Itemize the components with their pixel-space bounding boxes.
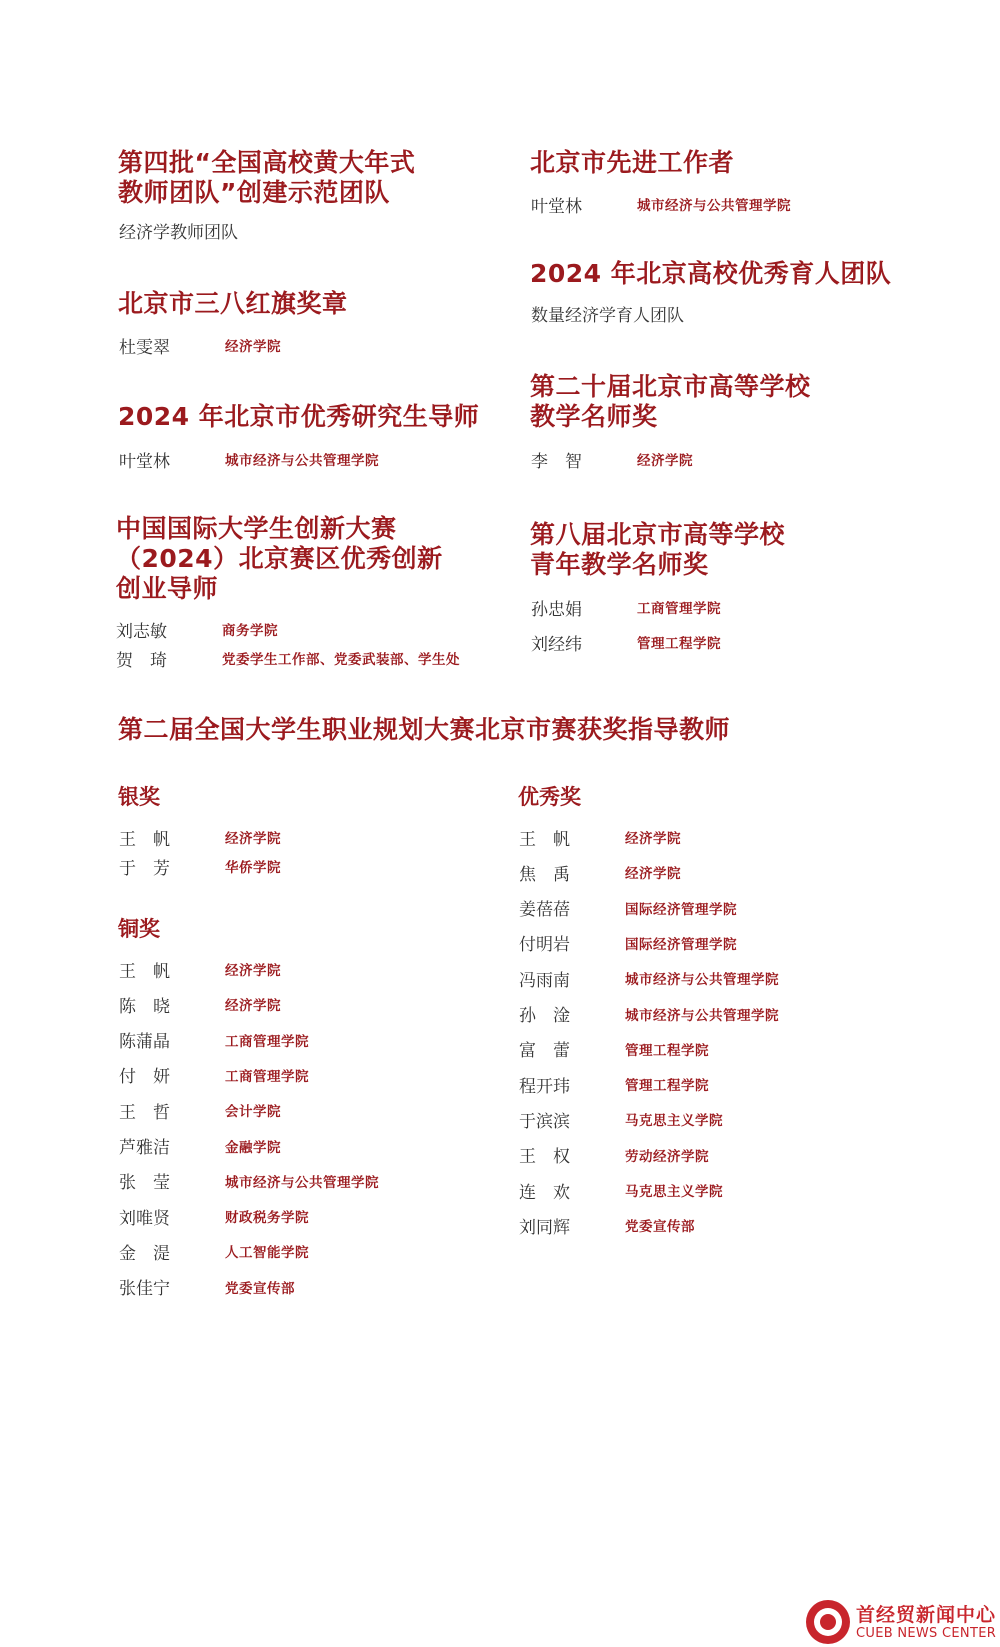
awardee-name: 王 权 <box>519 1142 625 1167</box>
awardee-unit: 国际经济管理学院 <box>625 898 737 918</box>
title-line: 北京市三八红旗奖章 <box>118 289 348 319</box>
awardee-name: 芦雅洁 <box>119 1133 225 1158</box>
awardee-row: 王 帆经济学院 <box>119 957 281 981</box>
title-line: 第四批“全国高校黄大年式 <box>118 148 415 178</box>
awardee-name: 于滨滨 <box>519 1107 625 1132</box>
award-title-graduate-supervisor: 2024 年北京市优秀研究生导师 <box>118 402 479 432</box>
awardee-row: 李 智 经济学院 <box>531 447 693 471</box>
awardee-unit: 工商管理学院 <box>225 1065 309 1085</box>
awardee-unit: 商务学院 <box>222 619 278 639</box>
team-name: 数量经济学育人团队 <box>531 305 684 327</box>
awardee-row: 富 蕾管理工程学院 <box>519 1037 709 1061</box>
awardee-unit: 经济学院 <box>225 335 281 355</box>
logo-english-text: CUEB NEWS CENTER <box>856 1626 996 1641</box>
awardee-row: 张 莹城市经济与公共管理学院 <box>119 1169 379 1193</box>
awardee-row: 王 哲会计学院 <box>119 1098 281 1122</box>
awardee-name: 刘志敏 <box>116 617 222 642</box>
awardee-row: 王 帆经济学院 <box>119 825 281 849</box>
awardee-unit: 城市经济与公共管理学院 <box>637 194 791 214</box>
awardee-unit: 马克思主义学院 <box>625 1109 723 1129</box>
awardee-unit: 会计学院 <box>225 1100 281 1120</box>
title-line: 教学名师奖 <box>530 402 811 432</box>
awardee-unit: 城市经济与公共管理学院 <box>625 968 779 988</box>
awardee-name: 张 莹 <box>119 1168 225 1193</box>
awardee-unit: 管理工程学院 <box>625 1039 709 1059</box>
awardee-row: 孙 淦城市经济与公共管理学院 <box>519 1002 779 1026</box>
awardee-row: 于 芳华侨学院 <box>119 854 281 878</box>
awardee-row: 芦雅洁金融学院 <box>119 1134 281 1158</box>
awardee-unit: 经济学院 <box>637 449 693 469</box>
awardee-unit: 党委宣传部 <box>225 1277 295 1297</box>
awardee-name: 王 帆 <box>119 957 225 982</box>
awardee-row: 刘志敏 商务学院 <box>116 617 278 641</box>
logo-chinese-text: 首经贸新闻中心 <box>856 1604 996 1626</box>
awardee-row: 程开玮管理工程学院 <box>519 1072 709 1096</box>
awardee-unit: 经济学院 <box>225 959 281 979</box>
awardee-name: 金 湜 <box>119 1239 225 1264</box>
award-title-innovation-mentor: 中国国际大学生创新大赛 （2024）北京赛区优秀创新 创业导师 <box>116 514 443 604</box>
award-title-march8-banner: 北京市三八红旗奖章 <box>118 289 348 319</box>
awardee-row: 连 欢马克思主义学院 <box>519 1178 723 1202</box>
awardee-row: 陈蒲晶工商管理学院 <box>119 1028 309 1052</box>
awardee-row: 刘唯贤财政税务学院 <box>119 1204 309 1228</box>
awardee-unit: 经济学院 <box>625 862 681 882</box>
awardee-unit: 华侨学院 <box>225 856 281 876</box>
university-seal-icon <box>806 1600 850 1644</box>
awardee-unit: 经济学院 <box>225 994 281 1014</box>
awardee-row: 付 妍工商管理学院 <box>119 1063 309 1087</box>
awardee-name: 富 蕾 <box>519 1036 625 1061</box>
awardee-row: 贺 琦 党委学生工作部、党委武装部、学生处 <box>116 646 460 670</box>
cueb-news-center-logo: 首经贸新闻中心 CUEB NEWS CENTER <box>806 1600 996 1644</box>
bronze-award-label: 铜奖 <box>118 916 160 942</box>
awardee-name: 贺 琦 <box>116 646 222 671</box>
title-line: 第八届北京市高等学校 <box>530 520 785 550</box>
title-line: 北京市先进工作者 <box>530 148 734 178</box>
award-title-huang-danian-team: 第四批“全国高校黄大年式 教师团队”创建示范团队 <box>118 148 415 208</box>
awardee-name: 付 妍 <box>119 1062 225 1087</box>
awardee-unit: 城市经济与公共管理学院 <box>625 1004 779 1024</box>
awardee-unit: 工商管理学院 <box>637 597 721 617</box>
award-title-advanced-worker: 北京市先进工作者 <box>530 148 734 178</box>
award-title-young-teaching-master: 第八届北京市高等学校 青年教学名师奖 <box>530 520 785 580</box>
title-line: 青年教学名师奖 <box>530 550 785 580</box>
title-line: （2024）北京赛区优秀创新 <box>116 544 443 574</box>
awardee-row: 姜蓓蓓国际经济管理学院 <box>519 896 737 920</box>
awardee-row: 冯雨南城市经济与公共管理学院 <box>519 966 779 990</box>
awardee-unit: 管理工程学院 <box>637 632 721 652</box>
awardee-unit: 财政税务学院 <box>225 1206 309 1226</box>
awardee-unit: 工商管理学院 <box>225 1030 309 1050</box>
award-title-teaching-master: 第二十届北京市高等学校 教学名师奖 <box>530 372 811 432</box>
title-line: 2024 年北京市优秀研究生导师 <box>118 402 479 432</box>
awardee-unit: 城市经济与公共管理学院 <box>225 449 379 469</box>
awardee-row: 刘同辉党委宣传部 <box>519 1213 695 1237</box>
awardee-row: 于滨滨马克思主义学院 <box>519 1107 723 1131</box>
title-line: 第二十届北京市高等学校 <box>530 372 811 402</box>
title-line: 教师团队”创建示范团队 <box>118 178 415 208</box>
title-line: 中国国际大学生创新大赛 <box>116 514 443 544</box>
awardee-name: 孙忠娟 <box>531 595 637 620</box>
awardee-name: 刘同辉 <box>519 1213 625 1238</box>
awardee-row: 杜雯翠 经济学院 <box>119 333 281 357</box>
awardee-name: 付明岩 <box>519 930 625 955</box>
awardee-name: 孙 淦 <box>519 1001 625 1026</box>
awardee-row: 叶堂林 城市经济与公共管理学院 <box>119 447 379 471</box>
awardee-row: 张佳宁党委宣传部 <box>119 1275 295 1299</box>
awardee-row: 焦 禹经济学院 <box>519 860 681 884</box>
awardee-unit: 经济学院 <box>625 827 681 847</box>
awardee-name: 张佳宁 <box>119 1274 225 1299</box>
awardee-name: 叶堂林 <box>531 192 637 217</box>
awardee-unit: 管理工程学院 <box>625 1074 709 1094</box>
awardee-name: 连 欢 <box>519 1178 625 1203</box>
title-line: 2024 年北京高校优秀育人团队 <box>530 259 891 289</box>
excellent-award-label: 优秀奖 <box>518 784 581 810</box>
awardee-row: 付明岩国际经济管理学院 <box>519 931 737 955</box>
awardee-name: 李 智 <box>531 447 637 472</box>
awardee-row: 刘经纬 管理工程学院 <box>531 630 721 654</box>
awardee-name: 于 芳 <box>119 854 225 879</box>
awardee-row: 陈 晓经济学院 <box>119 992 281 1016</box>
awardee-unit: 马克思主义学院 <box>625 1180 723 1200</box>
award-title-education-team: 2024 年北京高校优秀育人团队 <box>530 259 891 289</box>
awardee-unit: 劳动经济学院 <box>625 1145 709 1165</box>
team-name: 经济学教师团队 <box>119 222 238 244</box>
awardee-name: 杜雯翠 <box>119 333 225 358</box>
awardee-unit: 经济学院 <box>225 827 281 847</box>
awardee-name: 冯雨南 <box>519 966 625 991</box>
awardee-unit: 党委学生工作部、党委武装部、学生处 <box>222 648 460 668</box>
awardee-name: 姜蓓蓓 <box>519 895 625 920</box>
awardee-unit: 国际经济管理学院 <box>625 933 737 953</box>
awardee-row: 金 湜人工智能学院 <box>119 1239 309 1263</box>
awardee-unit: 金融学院 <box>225 1136 281 1156</box>
awardee-name: 陈蒲晶 <box>119 1027 225 1052</box>
awardee-unit: 人工智能学院 <box>225 1241 309 1261</box>
awardee-name: 王 哲 <box>119 1098 225 1123</box>
awardee-name: 刘唯贤 <box>119 1204 225 1229</box>
awardee-row: 王 权劳动经济学院 <box>519 1143 709 1167</box>
awardee-unit: 党委宣传部 <box>625 1215 695 1235</box>
silver-award-label: 银奖 <box>118 784 160 810</box>
awardee-name: 叶堂林 <box>119 447 225 472</box>
career-contest-title: 第二届全国大学生职业规划大赛北京市赛获奖指导教师 <box>118 715 730 745</box>
title-line: 创业导师 <box>116 574 443 604</box>
awardee-unit: 城市经济与公共管理学院 <box>225 1171 379 1191</box>
awardee-name: 焦 禹 <box>519 860 625 885</box>
awardee-row: 孙忠娟 工商管理学院 <box>531 595 721 619</box>
awardee-row: 叶堂林 城市经济与公共管理学院 <box>531 192 791 216</box>
awardee-name: 王 帆 <box>119 825 225 850</box>
awardee-name: 王 帆 <box>519 825 625 850</box>
awardee-name: 程开玮 <box>519 1072 625 1097</box>
awardee-name: 陈 晓 <box>119 992 225 1017</box>
awardee-name: 刘经纬 <box>531 630 637 655</box>
awardee-row: 王 帆经济学院 <box>519 825 681 849</box>
